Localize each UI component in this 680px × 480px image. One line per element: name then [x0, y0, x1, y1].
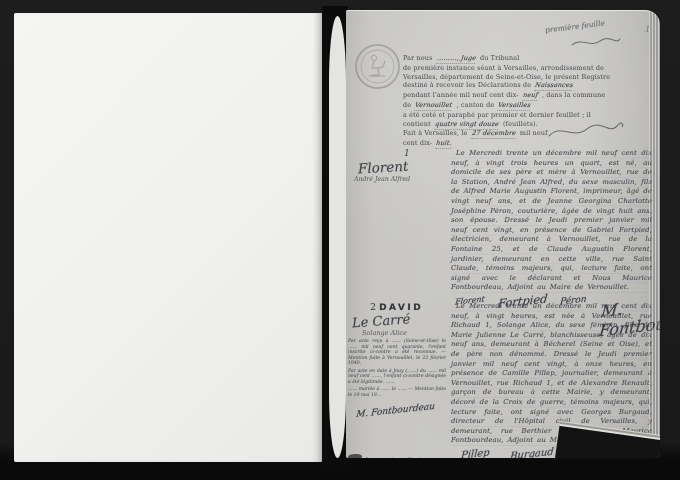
formula-segment: neuf — [522, 91, 539, 101]
formula-segment: huit. — [436, 139, 453, 149]
marginal-mention: Par acte en date à Jouy (……) du …… mil n… — [348, 369, 446, 386]
record-1-body: Le Mercredi trente un décembre mil neuf … — [451, 149, 652, 301]
formula-segment: 27 décembre — [471, 129, 517, 139]
annotation-paraph-icon — [570, 34, 622, 53]
record-1-act-text: Le Mercredi trente un décembre mil neuf … — [451, 149, 652, 293]
record-2-margin: 2 DAVID Le Carré Solange Alice Par acte … — [346, 302, 448, 458]
record-1-given-names: André Jean Alfred — [354, 176, 448, 183]
formula-segment: ………, Juge — [436, 54, 477, 64]
cover-formula-line: destiné à recevoir les Déclarations de N… — [403, 81, 625, 91]
cover-formula-line: de Vernouillet , canton de Versailles — [403, 101, 625, 111]
record-1-margin: 1 Florent André Jean Alfred — [346, 149, 448, 301]
book-gutter — [322, 6, 348, 468]
formula-segment: Versailles — [498, 101, 532, 111]
record-2-marginal-mentions: Par acte reçu à …… (Seine-et-Oise) le ……… — [346, 339, 448, 398]
cover-formula-line: de première instance séant à Versailles,… — [403, 64, 625, 73]
formula-segment: cent dix- — [403, 139, 432, 147]
first-sheet-annotation: première feuille — [545, 18, 606, 34]
formula-segment: Naissances — [535, 81, 575, 91]
inner-page-edge — [329, 16, 346, 458]
formula-segment: pendant l'année mil neuf cent dix- — [403, 91, 519, 99]
formula-segment: de — [403, 101, 411, 109]
left-blank-page — [14, 13, 322, 462]
formula-segment: Par nous — [403, 54, 432, 62]
marginal-mention: Par acte reçu à …… (Seine-et-Oise) le ……… — [348, 339, 446, 367]
record-2-act-text: Le Mercredi trente un décembre mil neuf … — [451, 302, 652, 446]
cover-formula-line: Par nous ………, Juge du Tribunal — [403, 54, 625, 64]
end-of-register-note: Sans mention — Fin de registre — [348, 446, 445, 458]
scanned-register-book: Par nous ………, Juge du Tribunal de premiè… — [0, 0, 680, 480]
judge-paraph-icon — [547, 121, 625, 145]
formula-segment: mil neuf — [520, 129, 548, 137]
page-stack-edge — [649, 10, 660, 458]
formula-segment: de première instance séant à Versailles,… — [403, 64, 604, 72]
record-1-surname: Florent — [358, 157, 449, 178]
end-of-register-text: Sans mention — Fin de registre — [365, 457, 445, 458]
formula-segment: , canton de — [457, 101, 495, 109]
formula-segment: quatre vingt douze — [434, 120, 499, 130]
formula-segment: , dans la commune — [542, 91, 605, 99]
signature: Pillep — [460, 447, 490, 458]
cover-formula-line: pendant l'année mil neuf cent dix- neuf … — [403, 91, 625, 101]
formula-segment: a été coté et paraphé par premier et der… — [403, 111, 591, 119]
cover-formula-line: a été coté et paraphé par premier et der… — [403, 111, 625, 120]
formula-segment: destiné à recevoir les Déclarations de — [403, 81, 531, 89]
record-2-given-names: Solange Alice — [362, 329, 448, 337]
formula-segment: Fait à Versailles, le — [403, 129, 467, 137]
marginal-mention-signature: M. Fontbourdeau — [356, 402, 436, 420]
formula-segment: (feuillets). — [503, 120, 538, 128]
formula-segment: contient — [403, 120, 431, 128]
signature: Burgaud — [509, 447, 554, 458]
record-2-number: 2 — [370, 302, 376, 313]
register-page: Par nous ………, Juge du Tribunal de premiè… — [346, 10, 660, 458]
tribunal-seal-icon — [354, 43, 401, 90]
formula-segment: du Tribunal — [480, 54, 519, 62]
ink-blot-icon — [348, 454, 362, 459]
formula-segment: Vernouillet — [415, 101, 454, 111]
marginal-mention: …… mariée à …… le …… — Mention faite le … — [348, 387, 446, 398]
formula-segment: Versailles, département de Seine-et-Oise… — [403, 73, 610, 81]
birth-record-1: 1 Florent André Jean Alfred Le Mercredi … — [346, 149, 654, 301]
